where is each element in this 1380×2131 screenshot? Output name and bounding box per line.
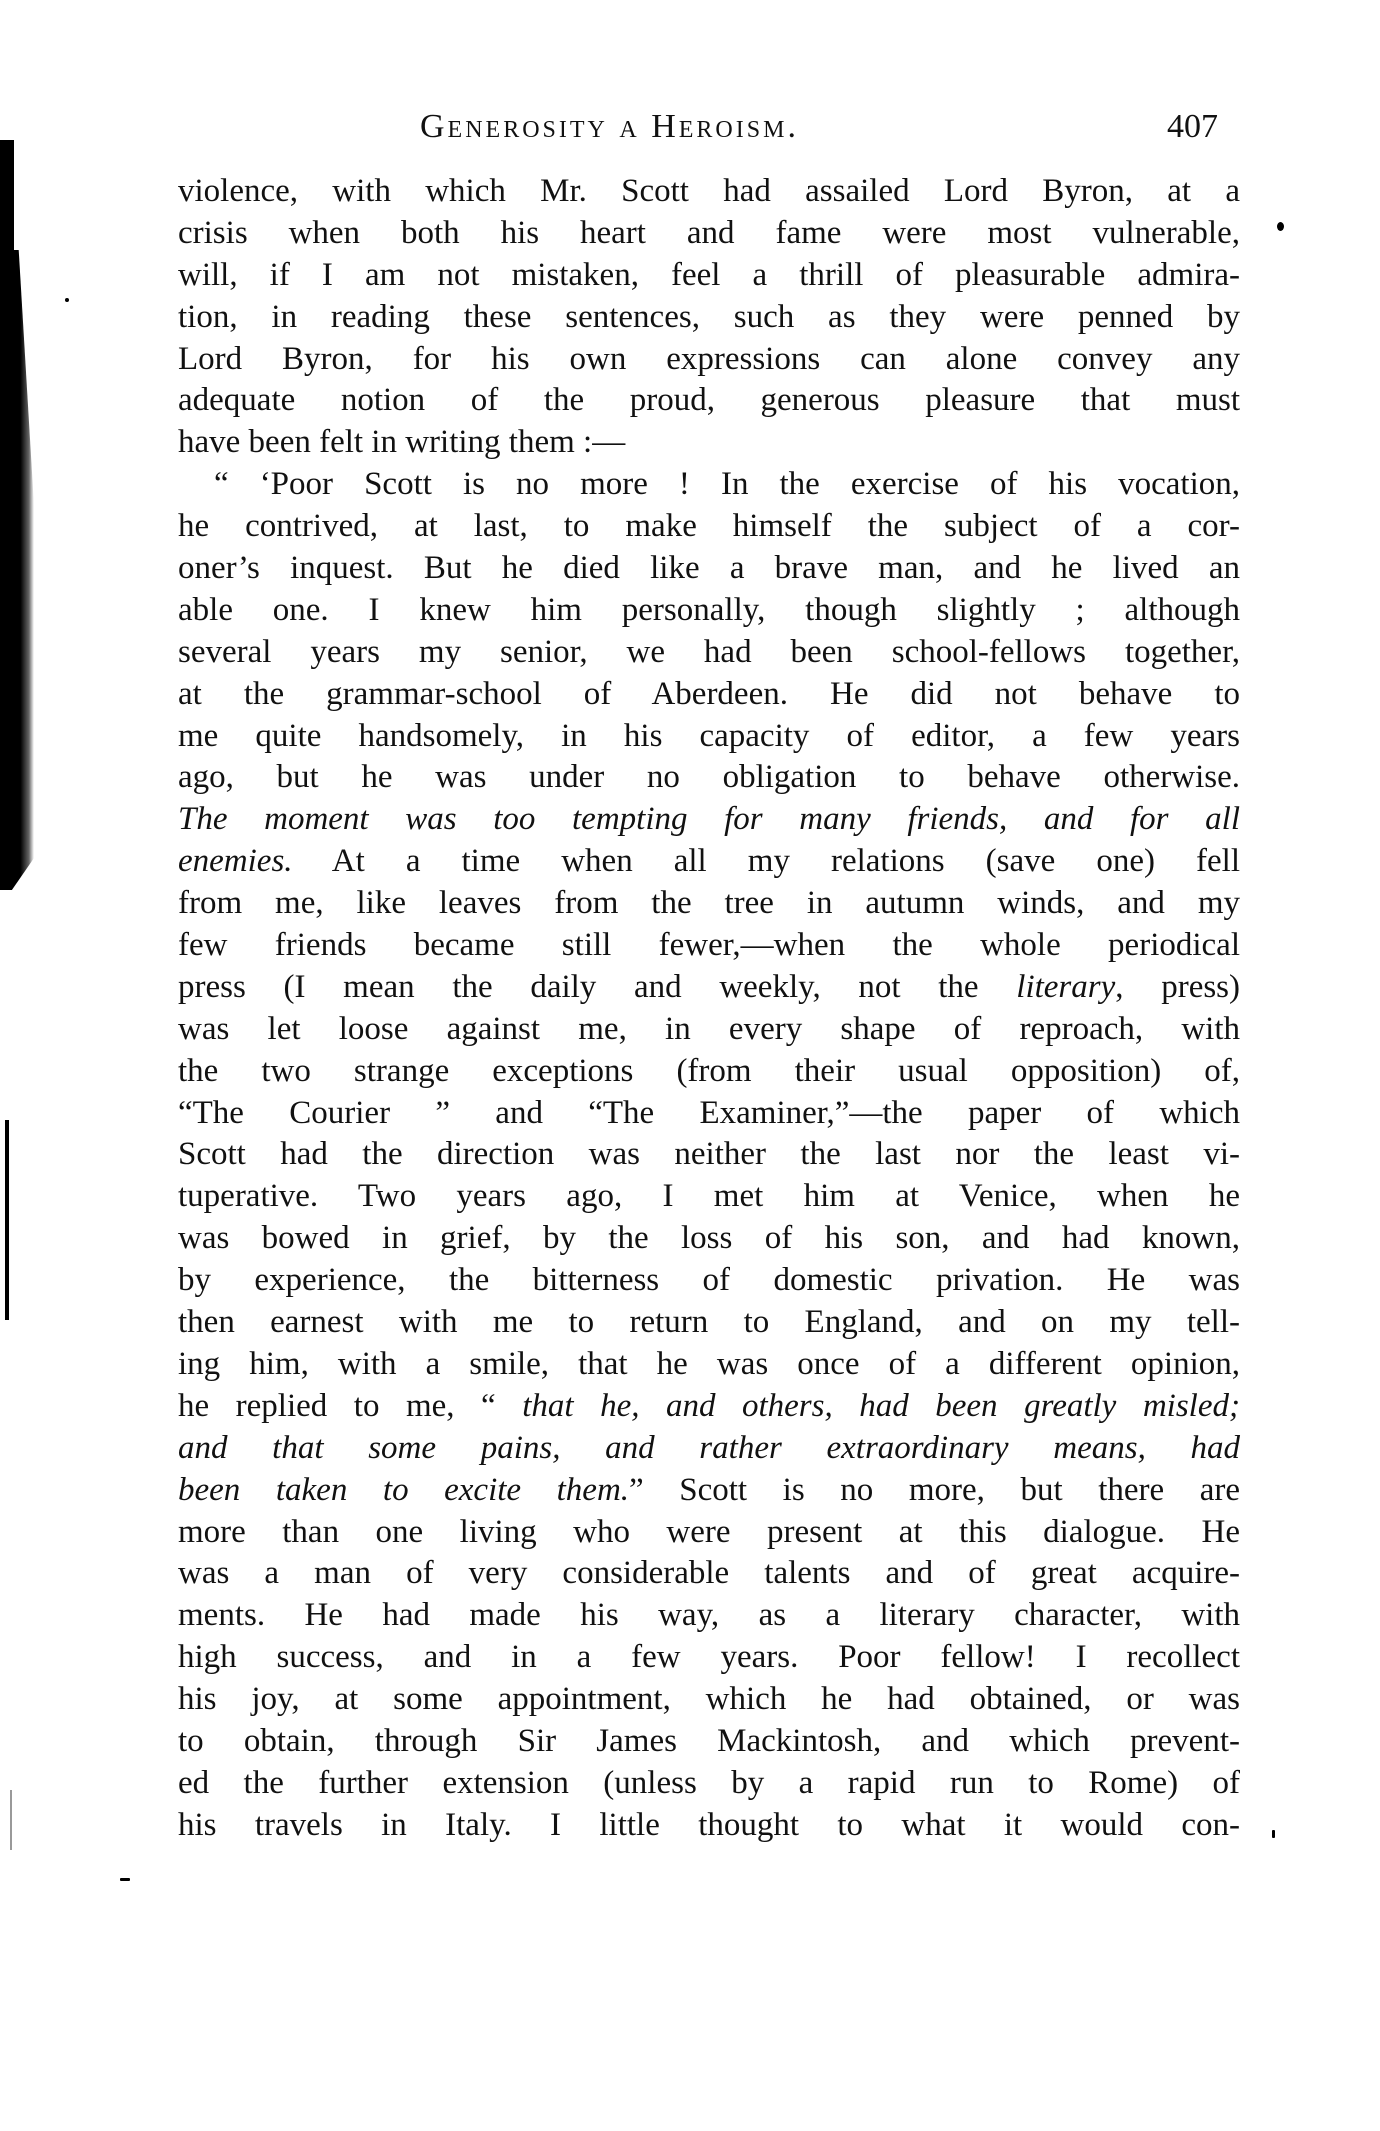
text-line: Scott had the direction was neither the … [178,1134,1240,1176]
text-segment: have been felt in writing them :— [178,424,625,460]
text-segment: ments. He had made his way, as a literar… [178,1597,1240,1633]
italic-text: and that some pains, and rather extraord… [178,1430,1240,1466]
text-line: ago, but he was under no obligation to b… [178,757,1240,799]
margin-speck [120,1878,130,1881]
text-segment: several years my senior, we had been sch… [178,634,1240,670]
text-line: at the grammar-school of Aberdeen. He di… [178,674,1240,716]
text-segment: press (I mean the daily and weekly, not … [178,969,1016,1005]
text-line: crisis when both his heart and fame were… [178,213,1240,255]
text-segment: more than one living who were present at… [178,1514,1240,1550]
margin-speck [1272,1830,1275,1838]
margin-speck [10,1790,12,1850]
scan-edge-shadow [0,250,34,890]
text-segment: violence, with which Mr. Scott had assai… [178,173,1240,209]
text-segment: Lord Byron, for his own expressions can … [178,341,1240,377]
text-line: from me, like leaves from the tree in au… [178,883,1240,925]
text-line: his travels in Italy. I little thought t… [178,1805,1240,1847]
text-line: adequate notion of the proud, generous p… [178,380,1240,422]
text-segment: he contrived, at last, to make himself t… [178,508,1240,544]
text-line: and that some pains, and rather extraord… [178,1428,1240,1470]
text-line: his joy, at some appointment, which he h… [178,1679,1240,1721]
text-line: was bowed in grief, by the loss of his s… [178,1218,1240,1260]
text-segment: tuperative. Two years ago, I met him at … [178,1178,1240,1214]
text-line: tuperative. Two years ago, I met him at … [178,1176,1240,1218]
text-segment: the two strange exceptions (from their u… [178,1053,1240,1089]
text-segment: few friends became still fewer,—when the… [178,927,1240,963]
page-number: 407 [1167,108,1218,146]
text-line: ing him, with a smile, that he was once … [178,1344,1240,1386]
text-line: tion, in reading these sentences, such a… [178,297,1240,339]
text-line: “ ‘Poor Scott is no more ! In the exerci… [178,464,1240,506]
text-line: me quite handsomely, in his capacity of … [178,716,1240,758]
running-head: Generosity a Heroism. [420,108,799,146]
italic-text: been taken to excite them. [178,1472,629,1508]
text-segment: ago, but he was under no obligation to b… [178,759,1240,795]
margin-speck [1277,222,1284,231]
text-line: have been felt in writing them :— [178,422,1240,464]
text-line: more than one living who were present at… [178,1512,1240,1554]
text-segment: crisis when both his heart and fame were… [178,215,1240,251]
text-segment: able one. I knew him personally, though … [178,592,1240,628]
scan-edge-shadow [5,1120,9,1320]
text-segment: to obtain, through Sir James Mackintosh,… [178,1723,1240,1759]
text-line: by experience, the bitterness of domesti… [178,1260,1240,1302]
text-segment: , press) [1115,969,1240,1005]
italic-text: enemies. [178,843,293,879]
text-line: he contrived, at last, to make himself t… [178,506,1240,548]
text-line: press (I mean the daily and weekly, not … [178,967,1240,1009]
text-segment: “The Courier ” and “The Examiner,”—the p… [178,1095,1240,1131]
text-segment: high success, and in a few years. Poor f… [178,1639,1240,1675]
text-segment: “ ‘Poor Scott is no more ! In the exerci… [214,466,1240,502]
text-segment: by experience, the bitterness of domesti… [178,1262,1240,1298]
text-segment: oner’s inquest. But he died like a brave… [178,550,1240,586]
text-segment: then earnest with me to return to Englan… [178,1304,1240,1340]
text-segment: adequate notion of the proud, generous p… [178,382,1240,418]
italic-text: that he, and others, had been greatly mi… [522,1388,1240,1424]
text-segment: me quite handsomely, in his capacity of … [178,718,1240,754]
text-line: then earnest with me to return to Englan… [178,1302,1240,1344]
text-line: to obtain, through Sir James Mackintosh,… [178,1721,1240,1763]
text-line: “The Courier ” and “The Examiner,”—the p… [178,1093,1240,1135]
text-line: Lord Byron, for his own expressions can … [178,339,1240,381]
text-segment: tion, in reading these sentences, such a… [178,299,1240,335]
text-segment: was let loose against me, in every shape… [178,1011,1240,1047]
text-line: enemies. At a time when all my relations… [178,841,1240,883]
margin-speck [65,298,69,302]
text-segment: was a man of very considerable talents a… [178,1555,1240,1591]
text-line: was let loose against me, in every shape… [178,1009,1240,1051]
text-line: several years my senior, we had been sch… [178,632,1240,674]
text-segment: was bowed in grief, by the loss of his s… [178,1220,1240,1256]
text-line: ed the further extension (unless by a ra… [178,1763,1240,1805]
text-segment: ed the further extension (unless by a ra… [178,1765,1240,1801]
italic-text: literary [1016,969,1115,1005]
text-segment: Scott had the direction was neither the … [178,1136,1240,1172]
text-line: few friends became still fewer,—when the… [178,925,1240,967]
italic-text: The moment was too tempting for many fri… [178,801,1240,837]
body-text: violence, with which Mr. Scott had assai… [178,171,1240,1847]
text-segment: he replied to me, “ [178,1388,522,1424]
text-line: been taken to excite them.” Scott is no … [178,1470,1240,1512]
text-line: oner’s inquest. But he died like a brave… [178,548,1240,590]
text-segment: from me, like leaves from the tree in au… [178,885,1240,921]
text-segment: his travels in Italy. I little thought t… [178,1807,1240,1843]
text-line: ments. He had made his way, as a literar… [178,1595,1240,1637]
text-segment: will, if I am not mistaken, feel a thril… [178,257,1240,293]
text-line: he replied to me, “ that he, and others,… [178,1386,1240,1428]
text-segment: at the grammar-school of Aberdeen. He di… [178,676,1240,712]
text-line: violence, with which Mr. Scott had assai… [178,171,1240,213]
text-line: The moment was too tempting for many fri… [178,799,1240,841]
text-segment: At a time when all my relations (save on… [293,843,1240,879]
text-line: was a man of very considerable talents a… [178,1553,1240,1595]
text-line: high success, and in a few years. Poor f… [178,1637,1240,1679]
text-segment: ” Scott is no more, but there are [629,1472,1240,1508]
text-segment: ing him, with a smile, that he was once … [178,1346,1240,1382]
text-segment: his joy, at some appointment, which he h… [178,1681,1240,1717]
text-line: the two strange exceptions (from their u… [178,1051,1240,1093]
text-line: able one. I knew him personally, though … [178,590,1240,632]
text-line: will, if I am not mistaken, feel a thril… [178,255,1240,297]
